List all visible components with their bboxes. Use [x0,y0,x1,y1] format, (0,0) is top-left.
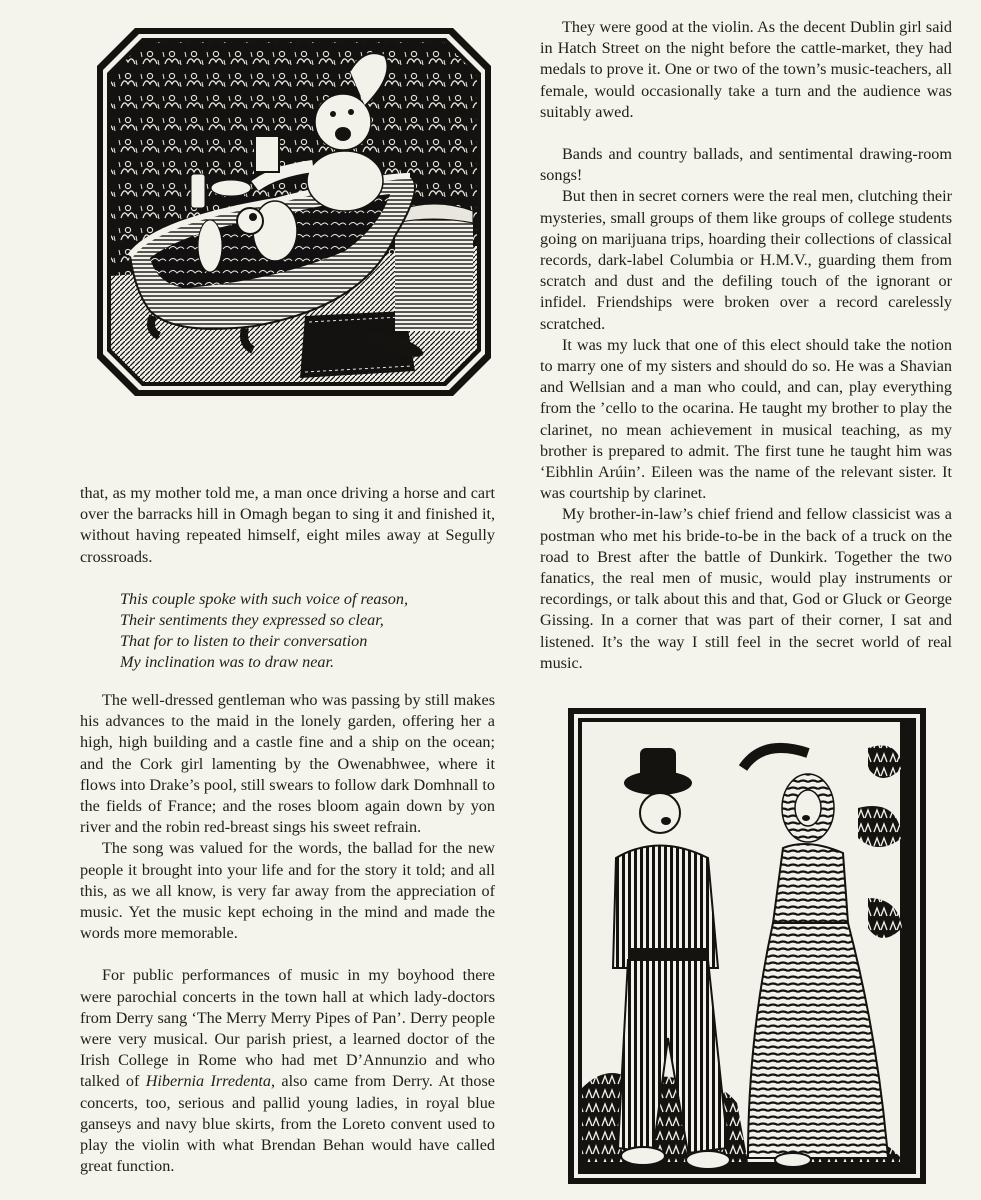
verse-line: This couple spoke with such voice of rea… [120,589,495,610]
paragraph: that, as my mother told me, a man once d… [80,483,495,568]
paragraph: Bands and country ballads, and sentiment… [540,144,952,186]
woodcut-illustration-bath [95,26,493,398]
left-column-lower: The well-dressed gentleman who was passi… [80,690,495,1177]
paragraph: My brother-in-law’s chief friend and fel… [540,504,952,674]
italic-title: Hibernia Irredenta [146,1072,271,1090]
paragraph: The song was valued for the words, the b… [80,838,495,944]
paragraph: For public performances of music in my b… [80,965,495,1177]
book-page: that, as my mother told me, a man once d… [0,0,981,1200]
paragraph: They were good at the violin. As the dec… [540,17,952,123]
left-column-upper: that, as my mother told me, a man once d… [80,483,495,674]
paragraph: The well-dressed gentleman who was passi… [80,690,495,838]
paragraph: It was my luck that one of this elect sh… [540,335,952,505]
verse-line: My inclination was to draw near. [120,652,495,673]
verse-line: Their sentiments they expressed so clear… [120,610,495,631]
right-column: They were good at the violin. As the dec… [540,17,952,674]
verse-line: That for to listen to their conversation [120,631,495,652]
ballad-verse: This couple spoke with such voice of rea… [120,589,495,674]
woodcut-illustration-dancers [568,708,926,1184]
paragraph: But then in secret corners were the real… [540,186,952,334]
